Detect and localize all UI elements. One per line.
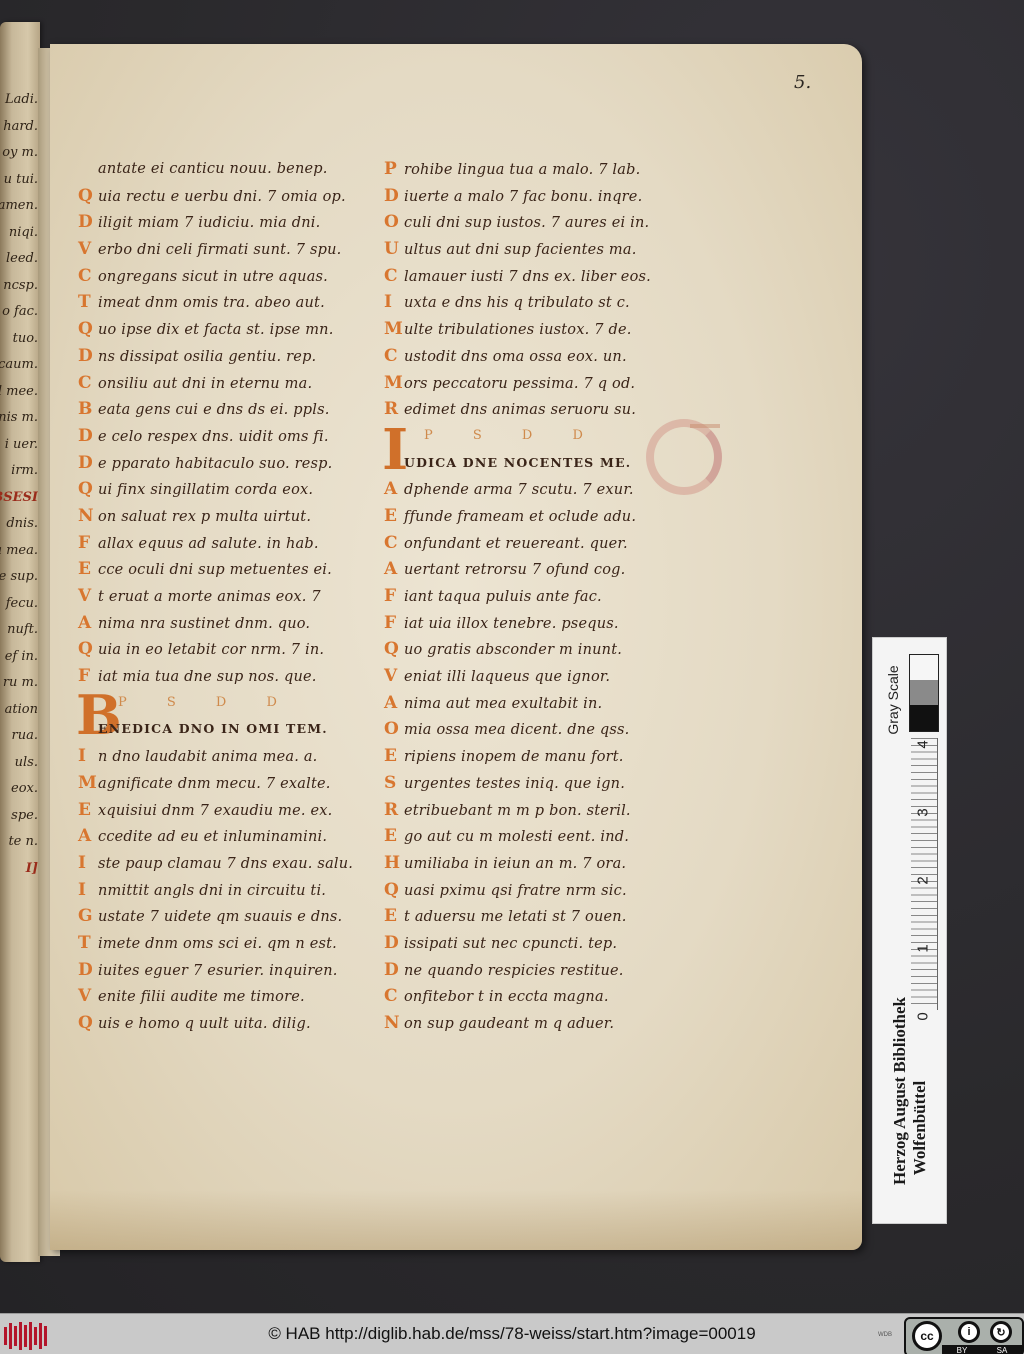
text-line: Adphende arma 7 scutu. 7 exur.: [384, 476, 714, 503]
text-line: Eripiens inopem de manu fort.: [384, 743, 714, 770]
line-text: issipati sut nec cpuncti. tep.: [404, 936, 617, 952]
initial-letter: I: [78, 743, 98, 770]
line-text: uia rectu e uerbu dni. 7 omia op.: [98, 189, 346, 205]
share-alike-icon: ↻: [990, 1321, 1012, 1343]
text-line: Diuites eguer 7 esurier. inquiren.: [78, 957, 388, 984]
initial-letter: M: [384, 316, 404, 343]
text-line: Quis e homo q uult uita. dilig.: [78, 1010, 388, 1037]
line-text: onfundant et reuereant. quer.: [404, 536, 628, 552]
psalm-heading: UDICA DNE NOCENTES ME.: [384, 450, 714, 477]
text-line: Magnificate dnm mecu. 7 exalte.: [78, 770, 388, 797]
line-text: imeat dnm omis tra. abeo aut.: [98, 295, 325, 311]
left-page-fragment: l mee.: [0, 384, 38, 399]
line-text: antate ei canticu nouu. benep.: [98, 161, 328, 177]
text-line: Quo ipse dix et facta st. ipse mn.: [78, 316, 388, 343]
text-line: Clamauer iusti 7 dns ex. liber eos.: [384, 263, 714, 290]
left-page-fragment: ru m.: [3, 675, 38, 690]
left-page-fragment: hard.: [3, 119, 38, 134]
ruler-tick-1: 1: [915, 944, 932, 952]
text-line: Gustate 7 uidete qm suauis e dns.: [78, 903, 388, 930]
initial-letter: D: [78, 957, 98, 984]
line-text: ulte tribulationes iustox. 7 de.: [404, 322, 632, 338]
ruler-tick-4: 4: [915, 740, 932, 748]
left-page-fragment: oy m.: [2, 145, 38, 160]
text-line: Venite filii audite me timore.: [78, 983, 388, 1010]
text-line: Surgentes testes iniq. que ign.: [384, 770, 714, 797]
initial-letter: P: [384, 156, 404, 183]
initial-letter: E: [384, 903, 404, 930]
line-text: ui finx singillatim corda eox.: [98, 482, 313, 498]
initial-letter: M: [384, 370, 404, 397]
text-line: Redimet dns animas seruoru su.: [384, 396, 714, 423]
ruler-tick-0: 0: [915, 1012, 932, 1020]
line-text: eniat illi laqueus que ignor.: [404, 669, 610, 685]
institution-label: Herzog August Bibliothek Wolfenbüttel: [890, 1071, 930, 1185]
text-line: Verbo dni celi firmati sunt. 7 spu.: [78, 236, 388, 263]
ruler-tick-3: 3: [915, 808, 932, 816]
text-line: De celo respex dns. uidit oms fi.: [78, 423, 388, 450]
left-page-fragment: ncsp.: [3, 278, 38, 293]
initial-letter: O: [384, 716, 404, 743]
line-text: onsiliu aut dni in eternu ma.: [98, 376, 312, 392]
wdb-mark: WDB: [878, 1332, 892, 1338]
line-text: ns dissipat osilia gentiu. rep.: [98, 349, 316, 365]
left-page-fragment: tuo.: [13, 331, 38, 346]
institution-name: Herzog August Bibliothek: [890, 1071, 910, 1185]
initial-letter: R: [384, 797, 404, 824]
text-line: Exquisiui dnm 7 exaudiu me. ex.: [78, 797, 388, 824]
text-line: Diuerte a malo 7 fac bonu. inqre.: [384, 183, 714, 210]
text-line: Oculi dni sup iustos. 7 aures ei in.: [384, 209, 714, 236]
color-scale-bar: Gray Scale 0 1 2 3 4 Herzog August Bibli…: [872, 637, 947, 1224]
left-page-fragment: rua.: [12, 728, 38, 743]
text-line: Iste paup clamau 7 dns exau. salu.: [78, 850, 388, 877]
text-line: Veniat illi laqueus que ignor.: [384, 663, 714, 690]
line-text: on saluat rex p multa uirtut.: [98, 509, 311, 525]
line-text: uasi pximu qsi fratre nrm sic.: [404, 883, 627, 899]
text-line: Quo gratis absconder m inunt.: [384, 636, 714, 663]
line-text: ustodit dns oma ossa eox. un.: [404, 349, 627, 365]
initial-letter: I: [384, 289, 404, 316]
initial-letter: D: [384, 183, 404, 210]
line-text: ccedite ad eu et inluminamini.: [98, 829, 327, 845]
rubric-line: P S D D: [78, 690, 388, 717]
initial-letter: A: [78, 610, 98, 637]
initial-letter: V: [78, 583, 98, 610]
text-line: Qui finx singillatim corda eox.: [78, 476, 388, 503]
initial-letter: N: [78, 503, 98, 530]
initial-letter: A: [384, 690, 404, 717]
text-line: Timete dnm oms sci ei. qm n est.: [78, 930, 388, 957]
left-page-fragment: o fac.: [2, 304, 38, 319]
initial-letter: D: [384, 957, 404, 984]
line-text: ne quando respicies restitue.: [404, 963, 624, 979]
centimeter-ruler: [911, 738, 938, 1010]
text-line: Timeat dnm omis tra. abeo aut.: [78, 289, 388, 316]
initial-letter: U: [384, 236, 404, 263]
initial-letter: C: [384, 983, 404, 1010]
left-page-fragment: ef in.: [5, 649, 38, 664]
line-text: uia in eo letabit cor nrm. 7 in.: [98, 642, 324, 658]
text-line: Retribuebant m m p bon. steril.: [384, 797, 714, 824]
manuscript-page: 5. antate ei canticu nouu. benep.Quia re…: [50, 44, 862, 1250]
line-text: ripiens inopem de manu fort.: [404, 749, 624, 765]
line-text: nmittit angls dni in circuitu ti.: [98, 883, 326, 899]
left-text-column: antate ei canticu nouu. benep.Quia rectu…: [78, 156, 388, 1037]
text-line: Vt eruat a morte animas eox. 7: [78, 583, 388, 610]
license-strip: BY SA: [942, 1345, 1022, 1354]
text-line: Accedite ad eu et inluminamini.: [78, 823, 388, 850]
text-line: Diligit miam 7 iudiciu. mia dni.: [78, 209, 388, 236]
gray-scale-patches: [909, 654, 939, 732]
initial-letter: C: [78, 370, 98, 397]
line-text: uis e homo q uult uita. dilig.: [98, 1016, 311, 1032]
left-page-fragment: leed.: [6, 251, 38, 266]
line-text: iant taqua puluis ante fac.: [404, 589, 602, 605]
line-text: edimet dns animas seruoru su.: [404, 402, 636, 418]
initial-letter: Q: [78, 476, 98, 503]
text-line: Anima aut mea exultabit in.: [384, 690, 714, 717]
line-text: uertant retrorsu 7 ofund cog.: [404, 562, 625, 578]
line-text: nima nra sustinet dnm. quo.: [98, 616, 310, 632]
text-line: Anima nra sustinet dnm. quo.: [78, 610, 388, 637]
text-line: Quasi pximu qsi fratre nrm sic.: [384, 877, 714, 904]
psalm-heading: ENEDICA DNO IN OMI TEM.: [78, 716, 388, 743]
initial-letter: H: [384, 850, 404, 877]
initial-letter: I: [78, 850, 98, 877]
text-line: Mors peccatoru pessima. 7 q od.: [384, 370, 714, 397]
initial-letter: S: [384, 770, 404, 797]
text-line: Ego aut cu m molesti eent. ind.: [384, 823, 714, 850]
left-page-fragment: Ladi.: [5, 92, 38, 107]
left-page-fragment: dnis.: [6, 516, 38, 531]
left-page-fragment: BSESI: [0, 490, 38, 505]
left-page-fragment: u tui.: [4, 172, 38, 187]
line-text: urgentes testes iniq. que ign.: [404, 776, 625, 792]
text-line: Iuxta e dns his q tribulato st c.: [384, 289, 714, 316]
initial-letter: Q: [384, 636, 404, 663]
line-text: t eruat a morte animas eox. 7: [98, 589, 321, 605]
line-text: enite filii audite me timore.: [98, 989, 305, 1005]
line-text: n dno laudabit anima mea. a.: [98, 749, 317, 765]
folio-number: 5.: [794, 72, 811, 93]
line-text: e celo respex dns. uidit oms fi.: [98, 429, 329, 445]
text-line: Inmittit angls dni in circuitu ti.: [78, 877, 388, 904]
initial-letter: Q: [78, 636, 98, 663]
line-text: erbo dni celi firmati sunt. 7 spu.: [98, 242, 341, 258]
line-text: e pparato habitaculo suo. resp.: [98, 456, 332, 472]
left-page-fragment: amen.: [0, 198, 38, 213]
initial-letter: D: [78, 423, 98, 450]
left-page-fragment: niqi.: [9, 225, 38, 240]
text-line: antate ei canticu nouu. benep.: [78, 156, 388, 183]
initial-letter: C: [384, 343, 404, 370]
text-line: Fiat uia illox tenebre. psequs.: [384, 610, 714, 637]
initial-letter: T: [78, 930, 98, 957]
text-line: Effunde frameam et oclude adu.: [384, 503, 714, 530]
initial-letter: A: [384, 556, 404, 583]
line-text: lamauer iusti 7 dns ex. liber eos.: [404, 269, 651, 285]
initial-letter: A: [78, 823, 98, 850]
line-text: nima aut mea exultabit in.: [404, 696, 602, 712]
text-line: Fiant taqua puluis ante fac.: [384, 583, 714, 610]
text-line: Fallax equus ad salute. in hab.: [78, 530, 388, 557]
text-line: Dissipati sut nec cpuncti. tep.: [384, 930, 714, 957]
initial-letter: D: [78, 450, 98, 477]
line-text: imete dnm oms sci ei. qm n est.: [98, 936, 337, 952]
line-text: mia ossa mea dicent. dne qss.: [404, 722, 629, 738]
initial-letter: N: [384, 1010, 404, 1037]
initial-letter: C: [384, 263, 404, 290]
text-line: Uultus aut dni sup facientes ma.: [384, 236, 714, 263]
text-line: Consiliu aut dni in eternu ma.: [78, 370, 388, 397]
line-text: go aut cu m molesti eent. ind.: [404, 829, 629, 845]
initial-letter: C: [78, 263, 98, 290]
line-text: onfitebor t in eccta magna.: [404, 989, 609, 1005]
left-page-fragment: I]: [26, 861, 38, 876]
left-page-fragment: caum.: [0, 357, 38, 372]
text-line: Prohibe lingua tua a malo. 7 lab.: [384, 156, 714, 183]
line-text: iligit miam 7 iudiciu. mia dni.: [98, 215, 320, 231]
right-text-column: Prohibe lingua tua a malo. 7 lab.Diuerte…: [384, 156, 714, 1037]
initial-letter: Q: [384, 877, 404, 904]
line-text: agnificate dnm mecu. 7 exalte.: [98, 776, 331, 792]
line-text: iat mia tua dne sup nos. que.: [98, 669, 317, 685]
gray-scale-label: Gray Scale: [885, 662, 901, 738]
institution-city: Wolfenbüttel: [910, 1071, 930, 1185]
line-text: t aduersu me letati st 7 ouen.: [404, 909, 627, 925]
copyright-link[interactable]: © HAB http://diglib.hab.de/mss/78-weiss/…: [0, 1324, 1024, 1344]
text-line: Dns dissipat osilia gentiu. rep.: [78, 343, 388, 370]
initial-letter: V: [78, 236, 98, 263]
line-text: ongregans sicut in utre aquas.: [98, 269, 328, 285]
initial-letter: D: [78, 343, 98, 370]
line-text: ors peccatoru pessima. 7 q od.: [404, 376, 635, 392]
text-line: Et aduersu me letati st 7 ouen.: [384, 903, 714, 930]
initial-letter: G: [78, 903, 98, 930]
text-line: Non sup gaudeant m q aduer.: [384, 1010, 714, 1037]
initial-letter: E: [78, 797, 98, 824]
left-page-fragment: a mea.: [0, 543, 38, 558]
line-text: culi dni sup iustos. 7 aures ei in.: [404, 215, 649, 231]
text-line: Multe tribulationes iustox. 7 de.: [384, 316, 714, 343]
text-line: Quia in eo letabit cor nrm. 7 in.: [78, 636, 388, 663]
text-line: Confitebor t in eccta magna.: [384, 983, 714, 1010]
initial-letter: O: [384, 209, 404, 236]
initial-letter: D: [78, 209, 98, 236]
initial-letter: V: [384, 663, 404, 690]
line-text: eata gens cui e dns ds ei. ppls.: [98, 402, 330, 418]
initial-letter: E: [78, 556, 98, 583]
text-line: Confundant et reuereant. quer.: [384, 530, 714, 557]
text-line: Omia ossa mea dicent. dne qss.: [384, 716, 714, 743]
line-text: ustate 7 uidete qm suauis e dns.: [98, 909, 342, 925]
rubric-line: P S D D: [384, 423, 714, 450]
initial-letter: F: [384, 610, 404, 637]
attribution-icon: i: [958, 1321, 980, 1343]
left-page-fragment: nuft.: [7, 622, 38, 637]
cc-icon: cc: [912, 1321, 942, 1351]
text-line: Custodit dns oma ossa eox. un.: [384, 343, 714, 370]
left-page-fragment: spe.: [11, 808, 38, 823]
text-line: Ecce oculi dni sup metuentes ei.: [78, 556, 388, 583]
by-label: BY: [957, 1346, 968, 1354]
initial-letter: F: [78, 530, 98, 557]
left-page-fragment: fecu.: [6, 596, 38, 611]
initial-letter: F: [384, 583, 404, 610]
line-text: on sup gaudeant m q aduer.: [404, 1016, 614, 1032]
line-text: iuites eguer 7 esurier. inquiren.: [98, 963, 338, 979]
line-text: rohibe lingua tua a malo. 7 lab.: [404, 162, 640, 178]
line-text: uo gratis absconder m inunt.: [404, 642, 622, 658]
left-page-fragment: ation: [5, 702, 38, 717]
initial-letter: Q: [78, 183, 98, 210]
initial-letter: M: [78, 770, 98, 797]
left-page-fragment: irm.: [11, 463, 38, 478]
left-page-fragment: te n.: [8, 834, 38, 849]
line-text: uo ipse dix et facta st. ipse mn.: [98, 322, 334, 338]
line-text: etribuebant m m p bon. steril.: [404, 803, 631, 819]
line-text: ffunde frameam et oclude adu.: [404, 509, 636, 525]
text-line: Beata gens cui e dns ds ei. ppls.: [78, 396, 388, 423]
initial-letter: D: [384, 930, 404, 957]
initial-letter: I: [78, 877, 98, 904]
left-page-fragment: eox.: [11, 781, 38, 796]
line-text: umiliaba in ieiun an m. 7 ora.: [404, 856, 626, 872]
line-text: dphende arma 7 scutu. 7 exur.: [404, 482, 634, 498]
text-line: Non saluat rex p multa uirtut.: [78, 503, 388, 530]
initial-letter: E: [384, 503, 404, 530]
line-text: iat uia illox tenebre. psequs.: [404, 616, 619, 632]
line-text: iuerte a malo 7 fac bonu. inqre.: [404, 189, 642, 205]
initial-letter: V: [78, 983, 98, 1010]
text-line: Dne quando respicies restitue.: [384, 957, 714, 984]
left-page-fragment: e sup.: [0, 569, 38, 584]
left-page-fragment: nis m.: [0, 410, 38, 425]
initial-letter: A: [384, 476, 404, 503]
initial-letter: B: [78, 396, 98, 423]
line-text: ultus aut dni sup facientes ma.: [404, 242, 637, 258]
line-text: allax equus ad salute. in hab.: [98, 536, 319, 552]
line-text: ste paup clamau 7 dns exau. salu.: [98, 856, 353, 872]
text-line: Auertant retrorsu 7 ofund cog.: [384, 556, 714, 583]
left-page-fragment: i uer.: [5, 437, 38, 452]
sa-label: SA: [997, 1346, 1008, 1354]
left-page-fragment: uls.: [15, 755, 38, 770]
initial-letter: Q: [78, 316, 98, 343]
text-line: Fiat mia tua dne sup nos. que.: [78, 663, 388, 690]
initial-letter: Q: [78, 1010, 98, 1037]
line-text: cce oculi dni sup metuentes ei.: [98, 562, 332, 578]
ruler-tick-2: 2: [915, 876, 932, 884]
initial-letter: C: [384, 530, 404, 557]
left-page-edge: Ladi.hard.oy m.u tui.amen.niqi.leed.ncsp…: [0, 22, 40, 1262]
text-line: Quia rectu e uerbu dni. 7 omia op.: [78, 183, 388, 210]
footer-bar: © HAB http://diglib.hab.de/mss/78-weiss/…: [0, 1313, 1024, 1354]
line-text: uxta e dns his q tribulato st c.: [404, 295, 630, 311]
text-line: Congregans sicut in utre aquas.: [78, 263, 388, 290]
line-text: xquisiui dnm 7 exaudiu me. ex.: [98, 803, 332, 819]
initial-letter: T: [78, 289, 98, 316]
initial-letter: E: [384, 823, 404, 850]
text-line: Humiliaba in ieiun an m. 7 ora.: [384, 850, 714, 877]
cc-license-badge[interactable]: cc i ↻ BY SA: [904, 1317, 1024, 1354]
text-line: De pparato habitaculo suo. resp.: [78, 450, 388, 477]
text-line: In dno laudabit anima mea. a.: [78, 743, 388, 770]
initial-letter: E: [384, 743, 404, 770]
